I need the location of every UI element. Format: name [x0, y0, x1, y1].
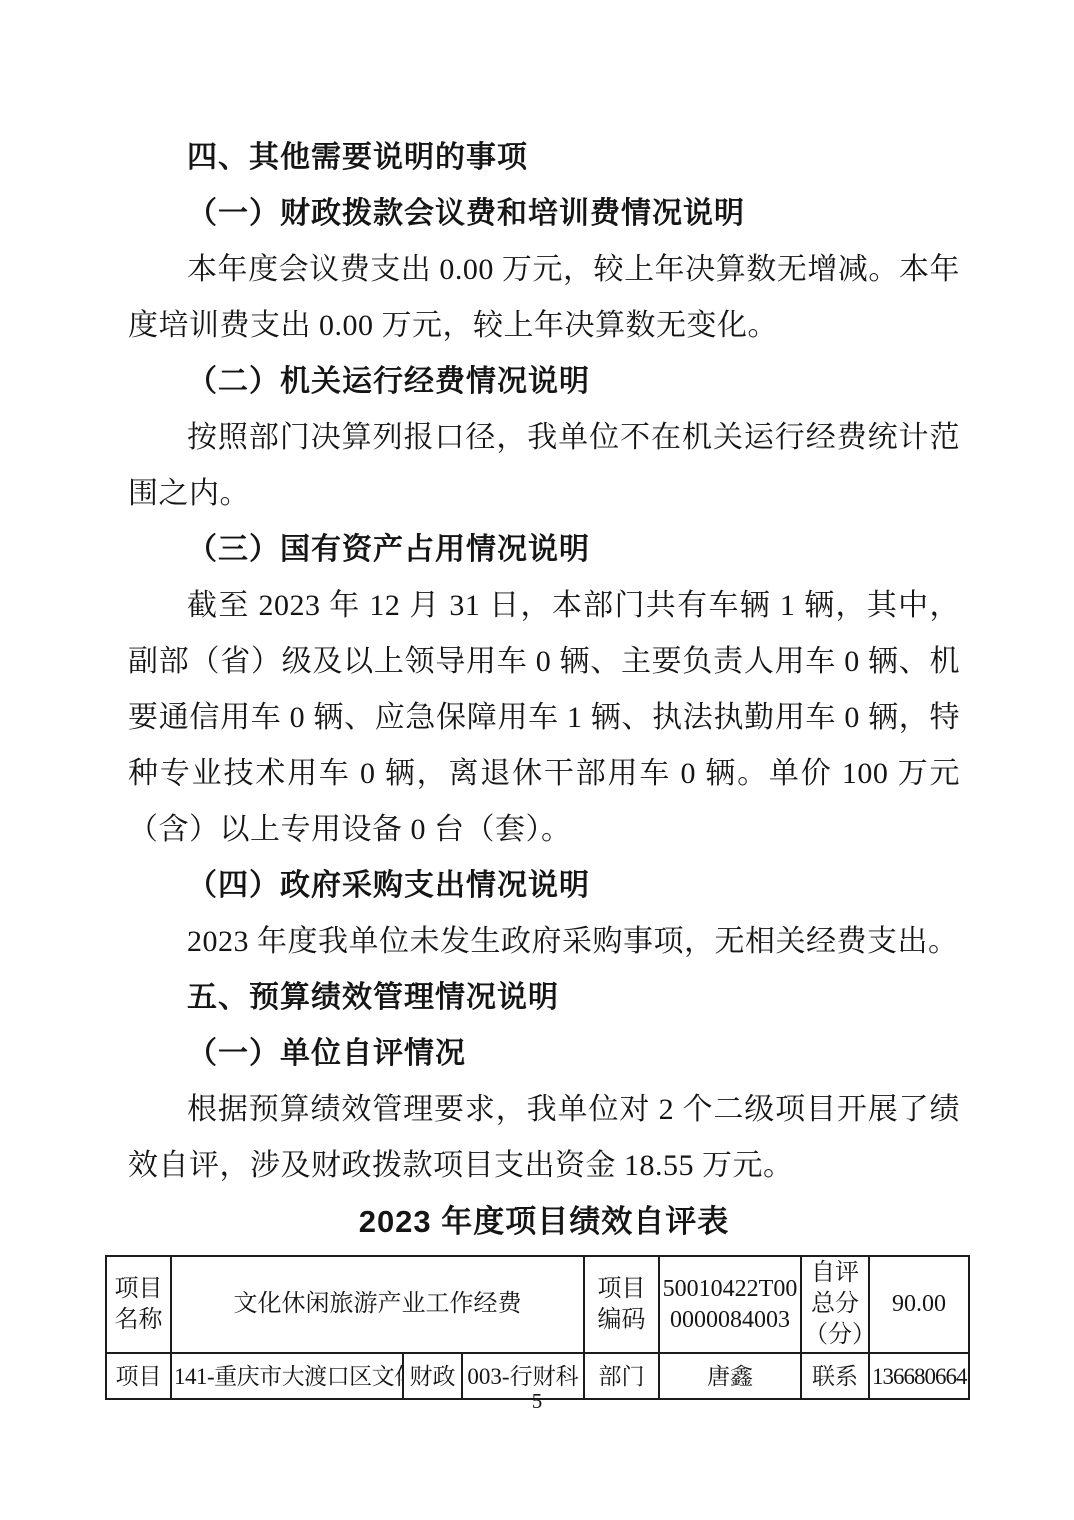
project-code-label-cell: 项目编码: [584, 1256, 659, 1353]
project-name-value-cell: 文化休闲旅游产业工作经费: [171, 1256, 584, 1353]
self-eval-table: 项目名称 文化休闲旅游产业工作经费 项目编码 50010422T00000008…: [105, 1255, 970, 1400]
subheading-4-2: （二）机关运行经费情况说明: [128, 354, 960, 410]
paragraph-state-assets: 截至 2023 年 12 月 31 日，本部门共有车辆 1 辆，其中，副部（省）…: [128, 578, 960, 858]
table-row: 项目名称 文化休闲旅游产业工作经费 项目编码 50010422T00000008…: [106, 1256, 969, 1353]
project-code-value-cell: 50010422T000000084003: [659, 1256, 801, 1353]
document-body: 四、其他需要说明的事项 （一）财政拨款会议费和培训费情况说明 本年度会议费支出 …: [128, 130, 960, 1250]
document-page: { "content": { "heading_section_4": "四、其…: [0, 0, 1074, 1520]
paragraph-self-eval: 根据预算绩效管理要求，我单位对 2 个二级项目开展了绩效自评，涉及财政拨款项目支…: [128, 1082, 960, 1194]
score-label-cell: 自评总分（分）: [801, 1256, 869, 1353]
page-number: 5: [0, 1388, 1074, 1414]
self-eval-table-title: 2023 年度项目绩效自评表: [128, 1194, 960, 1250]
paragraph-meeting-training: 本年度会议费支出 0.00 万元，较上年决算数无增减。本年度培训费支出 0.00…: [128, 242, 960, 354]
subheading-4-1: （一）财政拨款会议费和培训费情况说明: [128, 186, 960, 242]
subheading-5-1: （一）单位自评情况: [128, 1026, 960, 1082]
section-heading-5: 五、预算绩效管理情况说明: [128, 970, 960, 1026]
paragraph-operating-expense: 按照部门决算列报口径，我单位不在机关运行经费统计范围之内。: [128, 410, 960, 522]
project-name-label-cell: 项目名称: [106, 1256, 171, 1353]
score-value-cell: 90.00: [869, 1256, 969, 1353]
subheading-4-3: （三）国有资产占用情况说明: [128, 522, 960, 578]
subheading-4-4: （四）政府采购支出情况说明: [128, 858, 960, 914]
section-heading-4: 四、其他需要说明的事项: [128, 130, 960, 186]
paragraph-procurement: 2023 年度我单位未发生政府采购事项，无相关经费支出。: [128, 914, 960, 970]
